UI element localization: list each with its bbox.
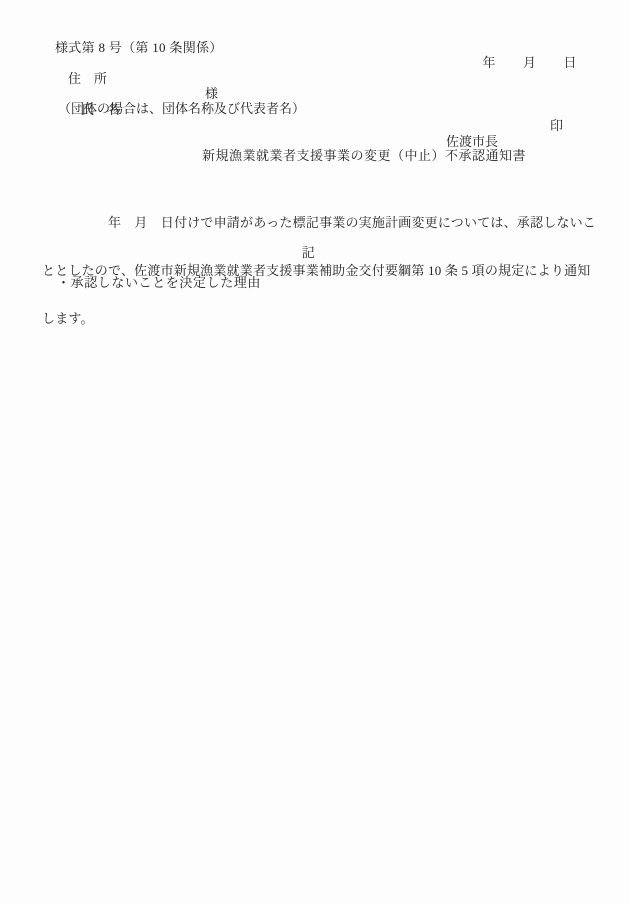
name-honorific: 様 — [205, 86, 218, 102]
document-page: 様式第 8 号（第 10 条関係） 年 月 日 住 所 氏 名 様 （団体の場合… — [0, 0, 630, 903]
document-title: 新規漁業就業者支援事業の変更（中止）不承認通知書 — [202, 148, 526, 164]
issuer-name: 佐渡市長 — [446, 134, 498, 149]
reason-item: ・承認しないことを決定した理由 — [57, 275, 261, 291]
form-number: 様式第 8 号（第 10 条関係） — [55, 40, 223, 56]
name-line: 氏 名 様 — [68, 86, 368, 150]
date-line: 年 月 日 — [482, 55, 577, 71]
body-line-1: 年 月 日付けで申請があった標記事業の実施計画変更については、承認しないこ — [42, 215, 575, 231]
organization-note: （団体の場合は、団体名称及び代表者名） — [58, 101, 305, 117]
body-line-3: します。 — [42, 311, 575, 327]
note-marker: 記 — [42, 245, 575, 261]
address-label: 住 所 — [68, 71, 107, 87]
body-paragraph: 年 月 日付けで申請があった標記事業の実施計画変更については、承認しないこ とと… — [42, 183, 575, 359]
seal-placeholder: 印 — [550, 118, 563, 134]
